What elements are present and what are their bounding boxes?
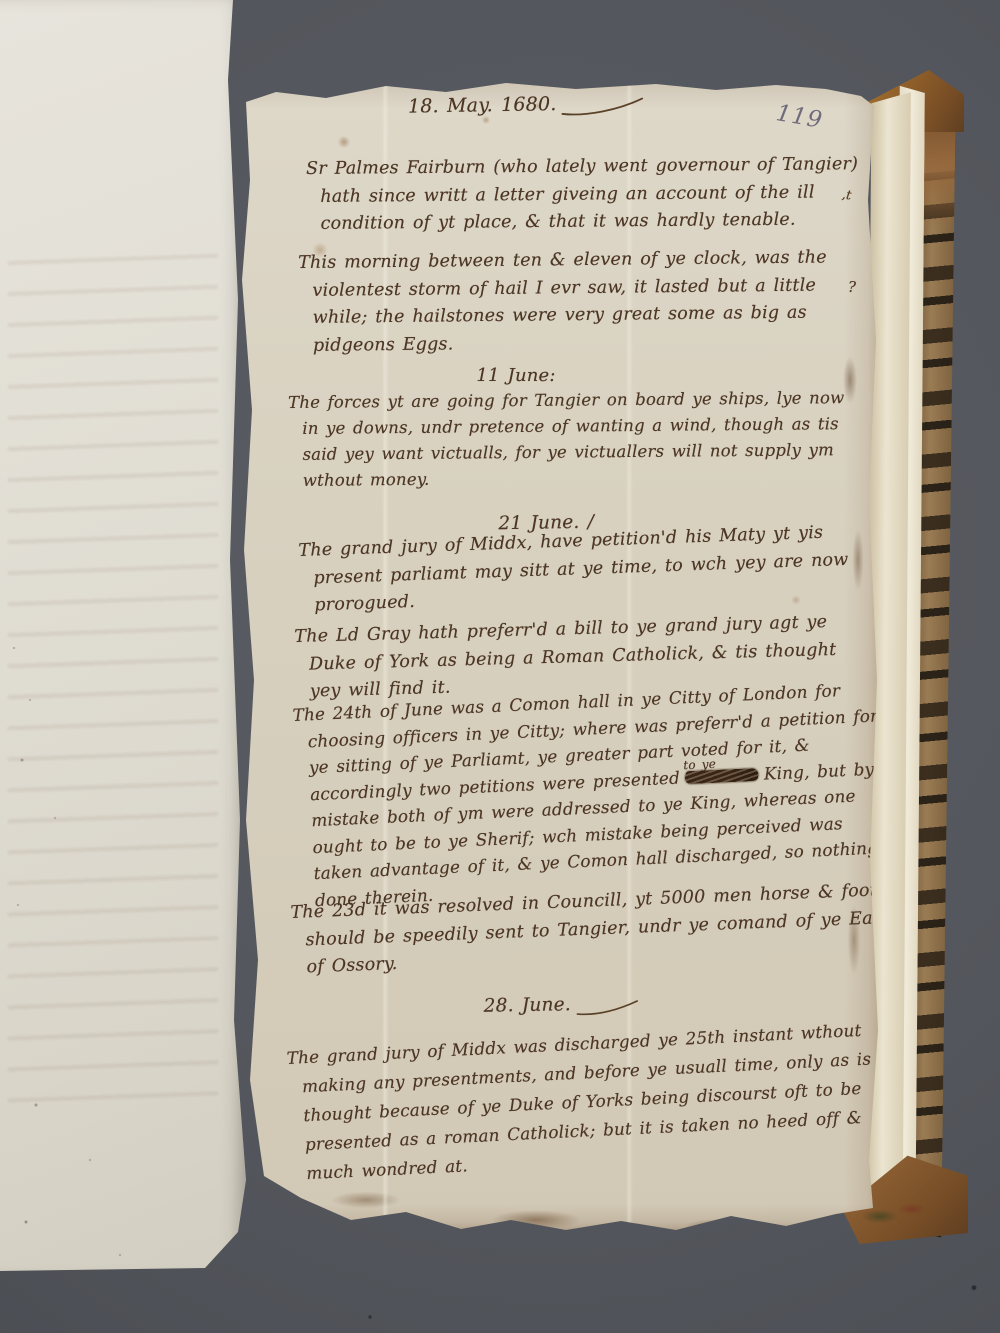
commonhall-text-king: King, [763,761,810,783]
entry-heading-11-june: 11 June: [436,362,596,390]
page-number: 119 [774,100,825,134]
entry-paragraph-forces: The forces yt are going for Tangier on b… [288,385,865,494]
commonhall-text-a: The 24th of June was a Comon hall in ye … [292,680,878,804]
entry-paragraph-hailstorm: This morning between ten & eleven of ye … [298,244,855,360]
date-heading-text: 18. May. 1680. [408,93,557,118]
entry-paragraph-grandjury-petition: The grand jury of Middx, have petition'd… [298,518,863,620]
heading-28-june-text: 28. June. [483,994,571,1017]
manuscript-page: 18. May. 1680. 119 Sr Palmes Fairburn (w… [236,80,888,1236]
flourish-swash-icon [560,96,644,115]
flourish-swash-icon [575,999,639,1016]
date-heading: 18. May. 1680. [386,87,666,122]
entry-heading-28-june: 28. June. [466,989,656,1022]
facing-page-edge [0,0,248,1276]
margin-mark-bottom: ? [848,278,856,296]
entry-paragraph-fairburn: Sr Palmes Fairburn (who lately went gove… [306,151,873,239]
entry-paragraph-commonhall: The 24th of June was a Comon hall in ye … [292,675,893,914]
manuscript-photo: 18. May. 1680. 119 Sr Palmes Fairburn (w… [0,0,1000,1333]
entry-paragraph-grandjury-discharged: The grand jury of Middx was discharged y… [286,1015,894,1189]
inserted-correction: to ye [697,754,717,774]
ink-blot-strikethrough: to ye [684,767,761,783]
